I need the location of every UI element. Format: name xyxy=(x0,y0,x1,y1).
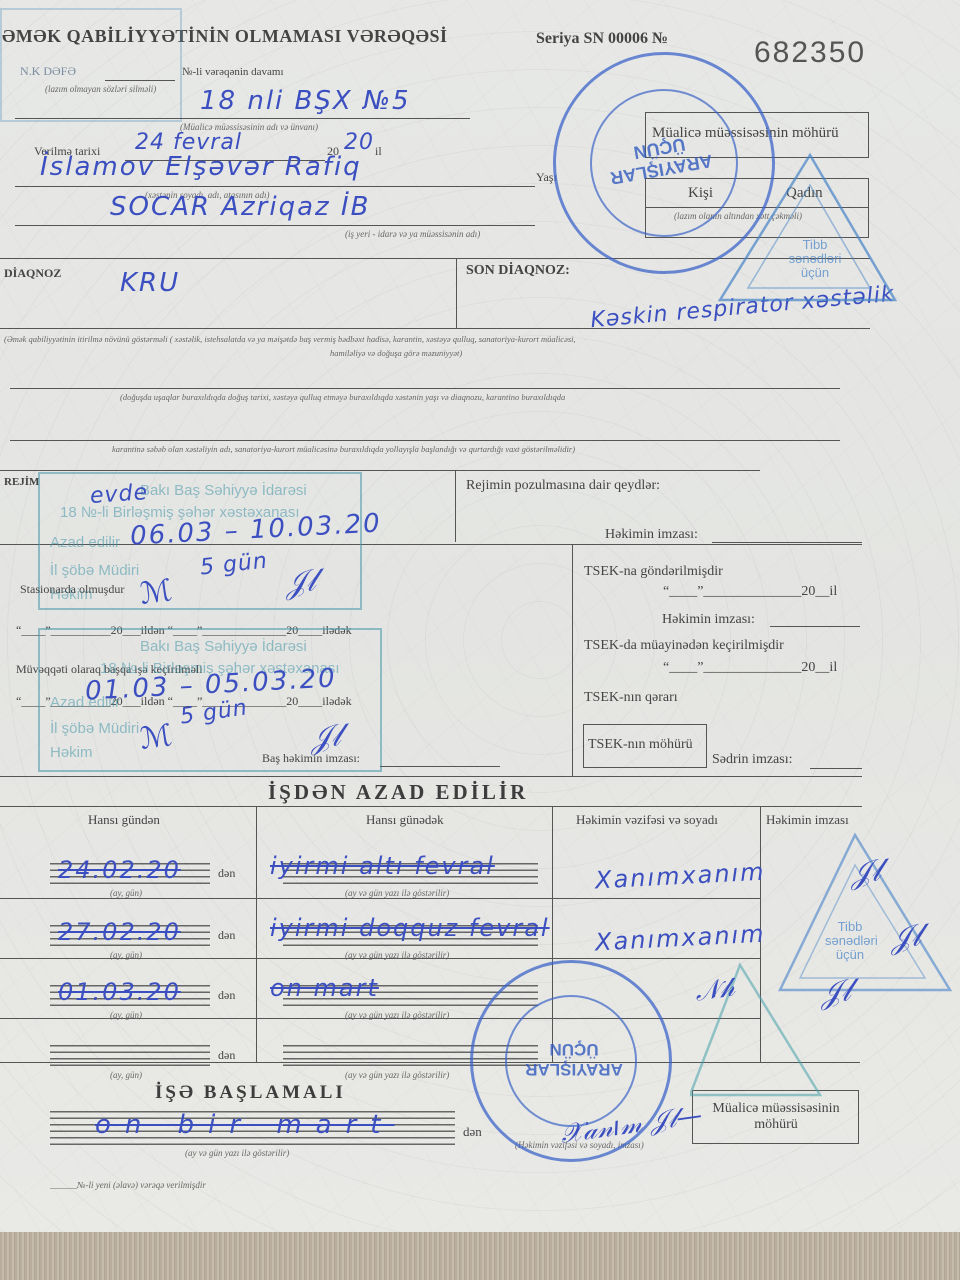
tsek-chair-sig-line xyxy=(810,768,862,769)
release-row-from: 24.02.20 xyxy=(58,856,181,884)
chief-sig-line xyxy=(380,766,500,767)
release-col-from: Hansı gündən xyxy=(88,812,160,828)
diagnosis-label: DİAQNOZ xyxy=(4,266,61,281)
tsek-chair-sig-label: Sədrin imzası: xyxy=(712,752,793,768)
return-date-handwritten: on bir mart xyxy=(95,1110,394,1140)
diagnosis-line-2 xyxy=(10,388,840,389)
return-seal-label: Müalicə müəssisəsinin möhürü xyxy=(701,1101,851,1133)
continuation-label: №-li vərəqənin davamı xyxy=(182,66,284,78)
regime-violation-label: Rejimin pozulmasına dair qeydlər: xyxy=(466,478,660,494)
diagnosis-divider xyxy=(456,258,457,328)
release-row-doctor: Xanımxanım xyxy=(594,858,766,895)
triangle-stamp-top xyxy=(700,150,900,310)
stationary-label: Stasionarda olmuşdur xyxy=(20,582,124,597)
diagnosis-note-4: karantinə səbəb olan xəstəliyin adı, san… xyxy=(112,444,575,454)
release-row-to: iyirmi doqquz fevral xyxy=(270,914,550,942)
release-row-divider xyxy=(0,898,760,899)
employer-hint: (iş yeri - idarə və ya müəssisənin adı) xyxy=(345,229,480,239)
release-col-to: Hansı günədək xyxy=(366,812,444,828)
nk-line xyxy=(105,80,175,81)
nk-label: N.K DƏFƏ xyxy=(20,64,76,79)
tsek-seal-box: TSEK-nın möhürü xyxy=(583,724,707,768)
patient-line xyxy=(15,186,535,187)
chief-sig-label: Baş həkimin imzası: xyxy=(262,751,360,766)
institution-line xyxy=(15,118,470,119)
chief-signature-1: 𝒥𝓁 xyxy=(283,563,318,602)
release-row-to-hint: (ay və gün yazı ilə göstərilir) xyxy=(345,888,449,898)
regime-doctor-sig-label: Həkimin imzası: xyxy=(605,527,698,543)
release-row-divider xyxy=(0,958,760,959)
tsek-examined-label: TSEK-da müayinədən keçirilmişdir xyxy=(584,638,784,654)
return-title: İŞƏ BAŞLAMALI xyxy=(155,1082,346,1104)
series-label: Seriya SN 00006 № xyxy=(536,30,668,48)
fabric-background xyxy=(0,1232,960,1280)
return-suffix: dən xyxy=(463,1124,482,1140)
continuation-hint: (lazım olmayan sözləri silməli) xyxy=(45,84,156,94)
tsek-divider xyxy=(572,544,573,776)
diagnosis-note-3: (doğuşda uşaqlar buraxıldıqda doğuş tari… xyxy=(120,392,565,402)
triangle-stamp-mid-text: Tibb sənədləri üçün xyxy=(825,920,875,962)
release-row-to: iyirmi altı fevral xyxy=(270,852,495,880)
extra-sheet-note: ______№-li yeni (əlavə) vərəqə verilmişd… xyxy=(50,1180,206,1190)
tsek-doctor-sig-line xyxy=(770,626,860,627)
release-row-from-suffix: dən xyxy=(218,866,235,881)
regime-label: REJİM xyxy=(4,476,39,488)
doctor-signature-2: ℳ xyxy=(138,718,175,757)
release-title: İŞDƏN AZAD EDİLİR xyxy=(268,780,528,805)
release-col-divider-1 xyxy=(256,806,257,1062)
diagnosis-note-1: (Əmək qabiliyyətinin itirilmə növünü gös… xyxy=(4,334,889,344)
release-row-from-hint: (ay, gün) xyxy=(110,888,142,898)
release-row-from-suffix: dən xyxy=(218,988,235,1003)
diagnosis-line-3 xyxy=(10,440,840,441)
employer-handwritten: SOCAR Azriqaz İB xyxy=(110,192,370,222)
tsek-seal-label: TSEK-nın möhürü xyxy=(588,737,693,753)
release-from-ruled xyxy=(50,1040,210,1068)
release-signature-2: 𝒥𝓁 xyxy=(888,918,923,957)
return-hint: (ay və gün yazı ilə göstərilir) xyxy=(185,1148,289,1158)
patient-name-handwritten: İslamov Elşəvər Rafiq xyxy=(40,152,362,182)
regime-doctor-sig-line xyxy=(712,542,862,543)
tsek-bottom-line xyxy=(0,776,862,777)
release-row-doctor: Xanımxanım xyxy=(594,920,766,957)
final-diagnosis-label: SON DİAQNOZ: xyxy=(466,263,570,279)
diagnosis-bottom-line xyxy=(0,328,870,329)
diagnosis-handwritten: KRU xyxy=(120,268,180,298)
certificate-number: 682350 xyxy=(754,36,866,70)
release-signature-4: 𝒩𝒽 xyxy=(693,972,737,1008)
regime-divider xyxy=(455,470,456,542)
release-signature-3: 𝒥𝓁 xyxy=(818,973,853,1012)
employer-line xyxy=(15,225,535,226)
doctor-signature-1: ℳ xyxy=(138,573,175,612)
release-row-from: 27.02.20 xyxy=(58,918,181,946)
tsek-examined-date: “____”______________20__il xyxy=(663,660,837,676)
tsek-doctor-sig-label: Həkimin imzası: xyxy=(662,612,755,628)
issue-year-suffix: il xyxy=(375,144,382,159)
release-row-from-suffix: dən xyxy=(218,1048,235,1063)
regime-top-line xyxy=(0,470,760,471)
release-header-top xyxy=(0,806,862,807)
release-row-to: on mart xyxy=(270,974,379,1002)
triangle-stamp-top-text: Tibb sənədləri üçün xyxy=(785,238,845,280)
sick-leave-certificate: ƏMƏK QABİLİYYƏTİNİN OLMAMASI VƏRƏQƏSİ Se… xyxy=(0,0,960,1232)
release-col-signature: Həkimin imzası xyxy=(766,812,849,828)
tsek-decision-label: TSEK-nın qərarı xyxy=(584,690,678,706)
diagnosis-note-2: hamiləliyə və doğuşa görə məzuniyyət) xyxy=(330,348,462,358)
tsek-sent-label: TSEK-na göndərilmişdir xyxy=(584,564,723,580)
regime-handwritten: evde xyxy=(89,480,149,509)
institution-handwritten: 18 nli BŞX №5 xyxy=(200,86,411,116)
release-signature-1: 𝒥𝓁 xyxy=(848,853,883,892)
round-stamp-bottom: ARAYIŞLAR ÜÇÜN xyxy=(470,960,672,1162)
release-col-doctor: Həkimin vəzifəsi və soyadı xyxy=(576,812,718,828)
release-row-from-suffix: dən xyxy=(218,928,235,943)
tsek-sent-date: “____”______________20__il xyxy=(663,584,837,600)
release-row-from-hint: (ay, gün) xyxy=(110,1070,142,1080)
release-row-to-hint: (ay və gün yazı ilə göstərilir) xyxy=(345,1070,449,1080)
release-row-from: 01.03.20 xyxy=(58,978,181,1006)
